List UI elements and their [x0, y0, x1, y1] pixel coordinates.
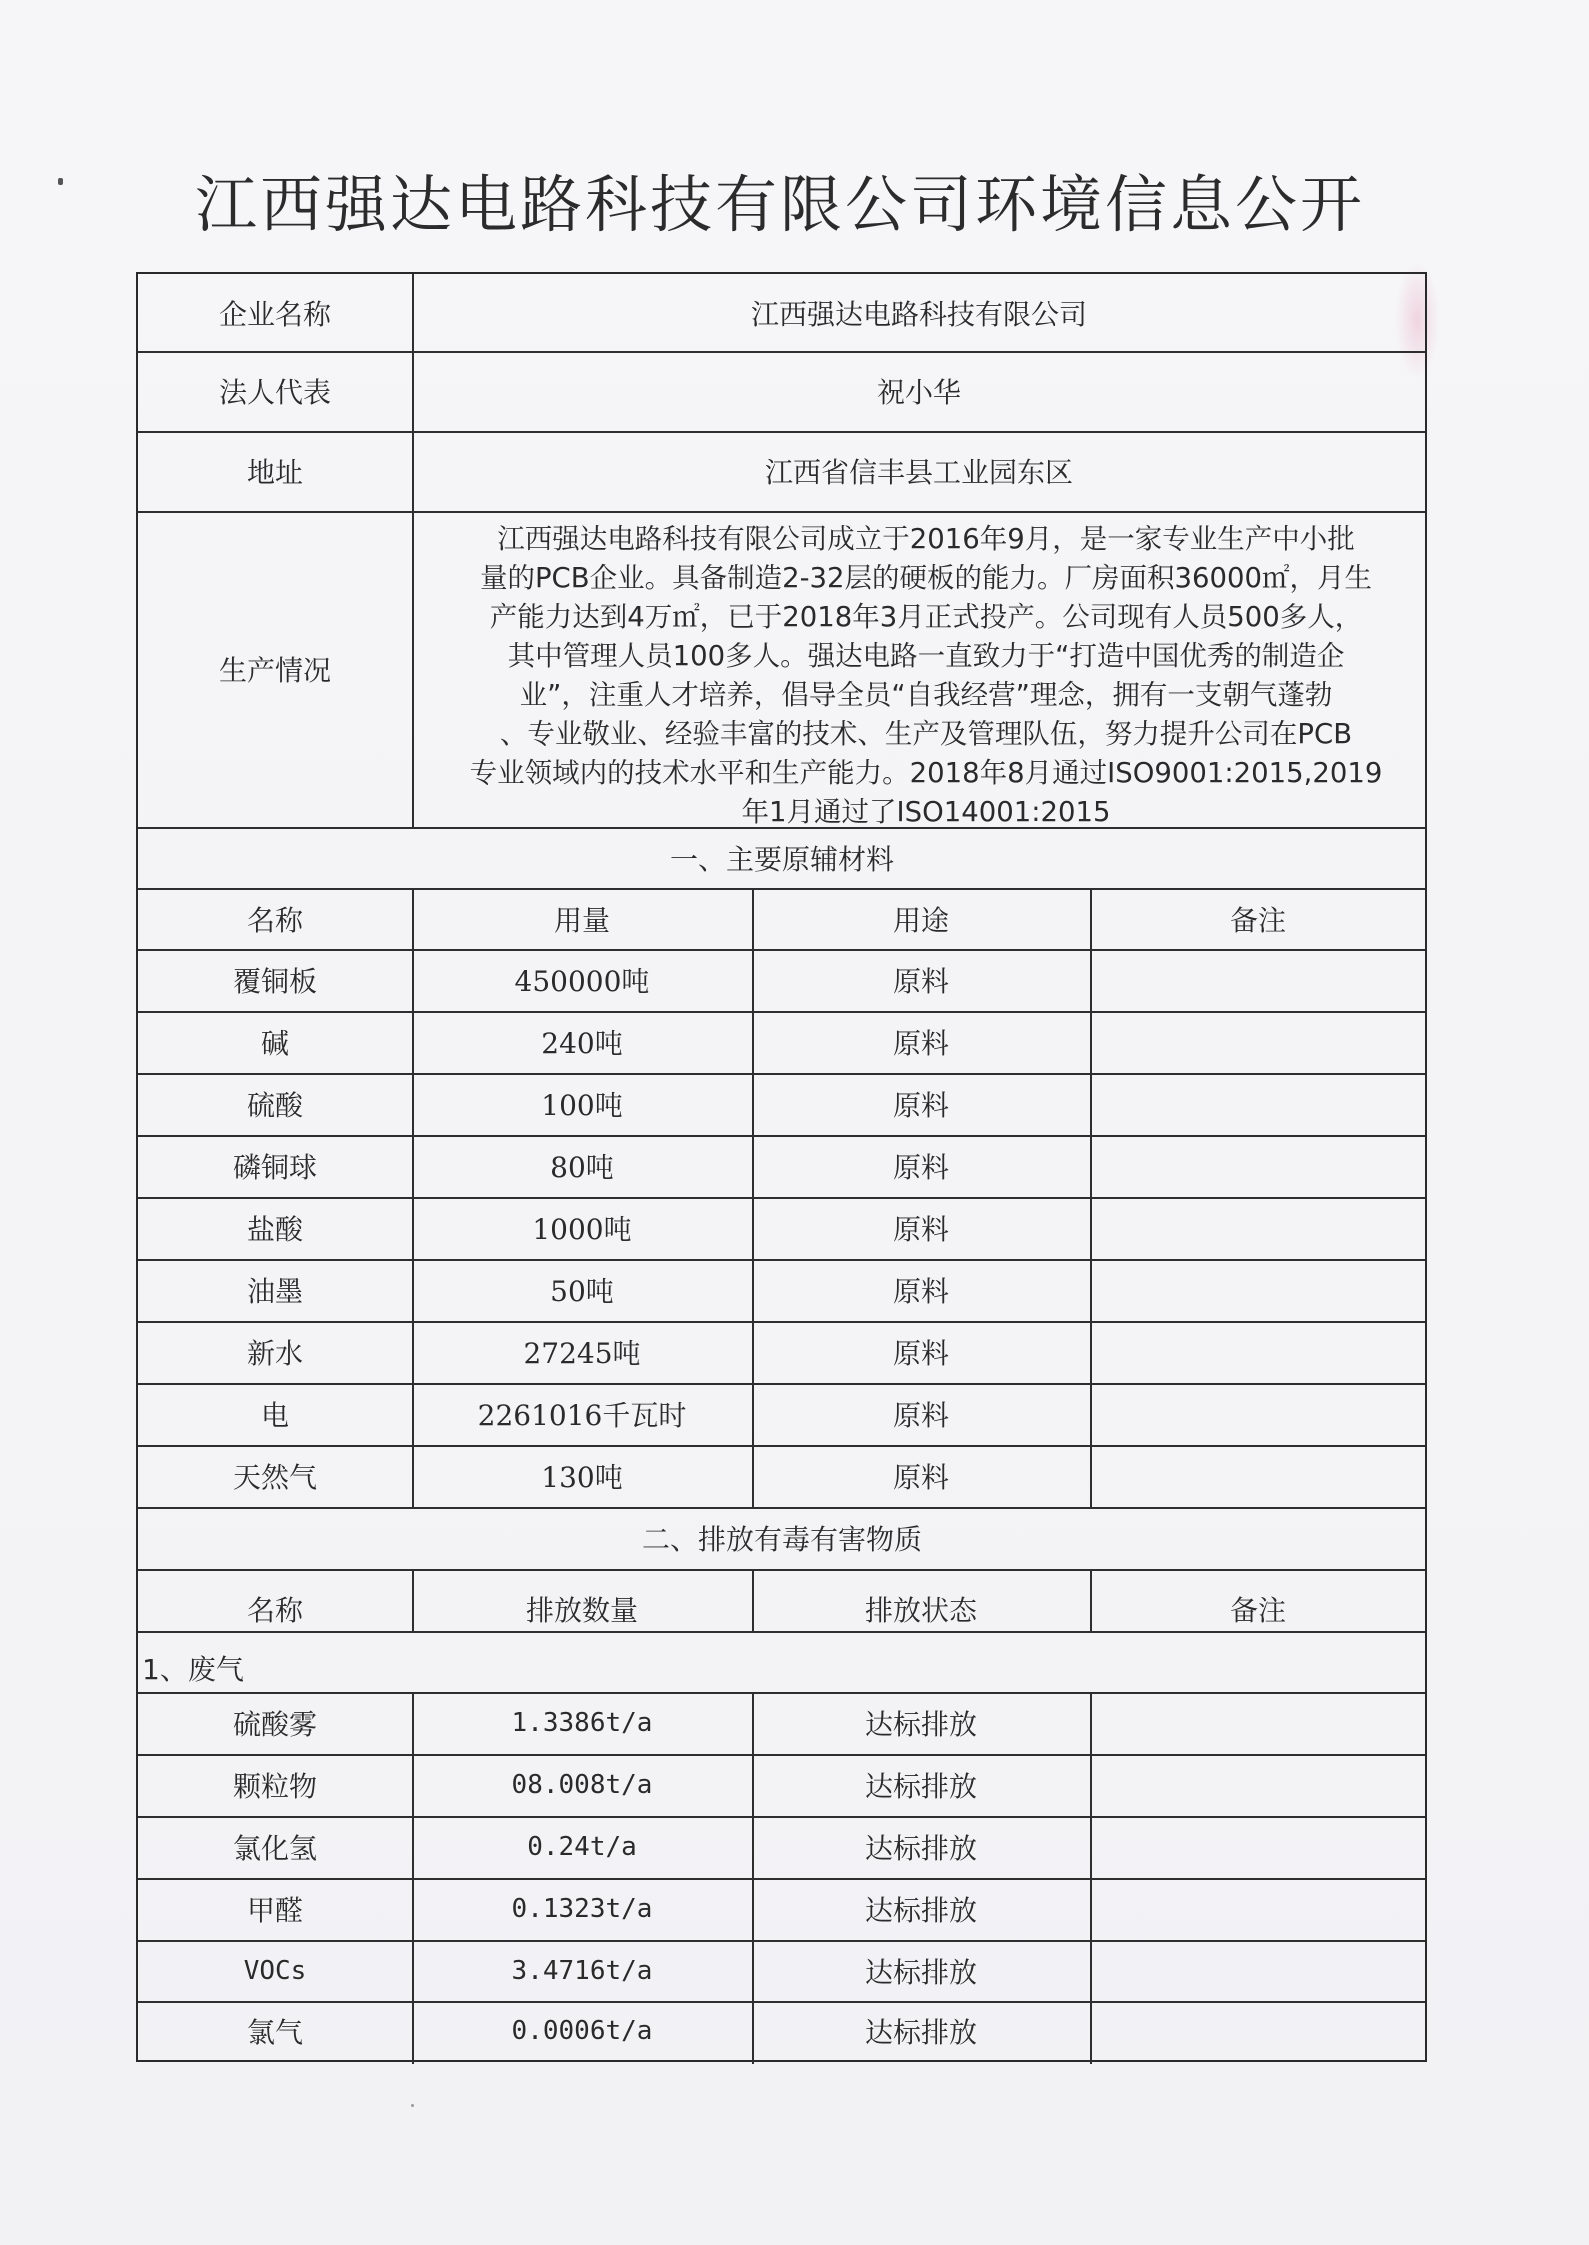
- legal-rep-value: 祝小华: [412, 351, 1426, 431]
- legal-rep-label: 法人代表: [138, 351, 412, 431]
- production-label: 生产情况: [138, 511, 412, 827]
- emissions-header-amount: 排放数量: [412, 1569, 752, 1631]
- material-amount: 100吨: [412, 1073, 752, 1135]
- waste-gas-subsection: 1、废气: [142, 1631, 342, 1692]
- emission-amount: 0.1323t/a: [412, 1878, 752, 1940]
- production-line: 专业领域内的技术水平和生产能力。2018年8月通过ISO9001:2015,20…: [470, 754, 1383, 793]
- production-line: 其中管理人员100多人。强达电路一直致力于“打造中国优秀的制造企: [470, 637, 1383, 676]
- document-title: 江西强达电路科技有限公司环境信息公开: [150, 162, 1410, 248]
- emission-name: 颗粒物: [138, 1754, 412, 1816]
- emission-name: 氯气: [138, 2001, 412, 2061]
- emission-status: 达标排放: [752, 1692, 1090, 1754]
- emission-amount: 0.0006t/a: [412, 2001, 752, 2061]
- address-value: 江西省信丰县工业园东区: [412, 431, 1426, 511]
- material-use: 原料: [752, 1383, 1090, 1445]
- emission-name: 氯化氢: [138, 1816, 412, 1878]
- material-name: 硫酸: [138, 1073, 412, 1135]
- material-amount: 240吨: [412, 1011, 752, 1073]
- material-name: 新水: [138, 1321, 412, 1383]
- emission-amount: 0.24t/a: [412, 1816, 752, 1878]
- company-name-value: 江西强达电路科技有限公司: [412, 274, 1426, 351]
- emissions-header-note: 备注: [1090, 1569, 1426, 1631]
- emission-name: 甲醛: [138, 1878, 412, 1940]
- material-amount: 130吨: [412, 1445, 752, 1507]
- emissions-header-name: 名称: [138, 1569, 412, 1631]
- material-use: 原料: [752, 1197, 1090, 1259]
- production-line: 产能力达到4万㎡，已于2018年3月正式投产。公司现有人员500多人，: [470, 598, 1383, 637]
- material-name: 电: [138, 1383, 412, 1445]
- company-name-label: 企业名称: [138, 274, 412, 351]
- emission-name: 硫酸雾: [138, 1692, 412, 1754]
- material-amount: 1000吨: [412, 1197, 752, 1259]
- emissions-section-title: 二、排放有毒有害物质: [138, 1507, 1426, 1569]
- material-amount: 80吨: [412, 1135, 752, 1197]
- scan-speck: [58, 178, 63, 185]
- materials-header-amount: 用量: [412, 888, 752, 949]
- production-line: 江西强达电路科技有限公司成立于2016年9月，是一家专业生产中小批: [470, 520, 1383, 559]
- production-line: 量的PCB企业。具备制造2-32层的硬板的能力。厂房面积36000㎡，月生: [470, 559, 1383, 598]
- emission-status: 达标排放: [752, 1940, 1090, 2001]
- material-use: 原料: [752, 1135, 1090, 1197]
- emission-status: 达标排放: [752, 1878, 1090, 1940]
- material-name: 碱: [138, 1011, 412, 1073]
- material-amount: 2261016千瓦时: [412, 1383, 752, 1445]
- production-description: 江西强达电路科技有限公司成立于2016年9月，是一家专业生产中小批 量的PCB企…: [428, 518, 1424, 834]
- production-line: 、专业敬业、经验丰富的技术、生产及管理队伍，努力提升公司在PCB: [470, 715, 1383, 754]
- scan-speck: [411, 2104, 414, 2107]
- scanned-page: 江西强达电路科技有限公司环境信息公开: [0, 0, 1589, 2245]
- material-use: 原料: [752, 1445, 1090, 1507]
- material-amount: 50吨: [412, 1259, 752, 1321]
- materials-header-note: 备注: [1090, 888, 1426, 949]
- material-use: 原料: [752, 1321, 1090, 1383]
- emission-status: 达标排放: [752, 2001, 1090, 2061]
- emission-amount: 08.008t/a: [412, 1754, 752, 1816]
- material-name: 天然气: [138, 1445, 412, 1507]
- materials-section-title: 一、主要原辅材料: [138, 827, 1426, 888]
- material-use: 原料: [752, 1011, 1090, 1073]
- material-use: 原料: [752, 949, 1090, 1011]
- emission-amount: 1.3386t/a: [412, 1692, 752, 1754]
- col-divider: [1090, 1692, 1092, 2064]
- materials-header-name: 名称: [138, 888, 412, 949]
- material-amount: 27245吨: [412, 1321, 752, 1383]
- col-divider: [1090, 888, 1092, 1508]
- material-name: 油墨: [138, 1259, 412, 1321]
- info-table: 企业名称 江西强达电路科技有限公司 法人代表 祝小华 地址 江西省信丰县工业园东…: [136, 272, 1427, 2062]
- material-name: 磷铜球: [138, 1135, 412, 1197]
- material-amount: 450000吨: [412, 949, 752, 1011]
- emission-name: VOCs: [138, 1940, 412, 2001]
- material-name: 盐酸: [138, 1197, 412, 1259]
- address-label: 地址: [138, 431, 412, 511]
- production-line: 业”，注重人才培养，倡导全员“自我经营”理念，拥有一支朝气蓬勃: [470, 676, 1383, 715]
- material-use: 原料: [752, 1073, 1090, 1135]
- emission-status: 达标排放: [752, 1754, 1090, 1816]
- emission-amount: 3.4716t/a: [412, 1940, 752, 2001]
- emissions-header-status: 排放状态: [752, 1569, 1090, 1631]
- emission-status: 达标排放: [752, 1816, 1090, 1878]
- materials-header-use: 用途: [752, 888, 1090, 949]
- material-use: 原料: [752, 1259, 1090, 1321]
- material-name: 覆铜板: [138, 949, 412, 1011]
